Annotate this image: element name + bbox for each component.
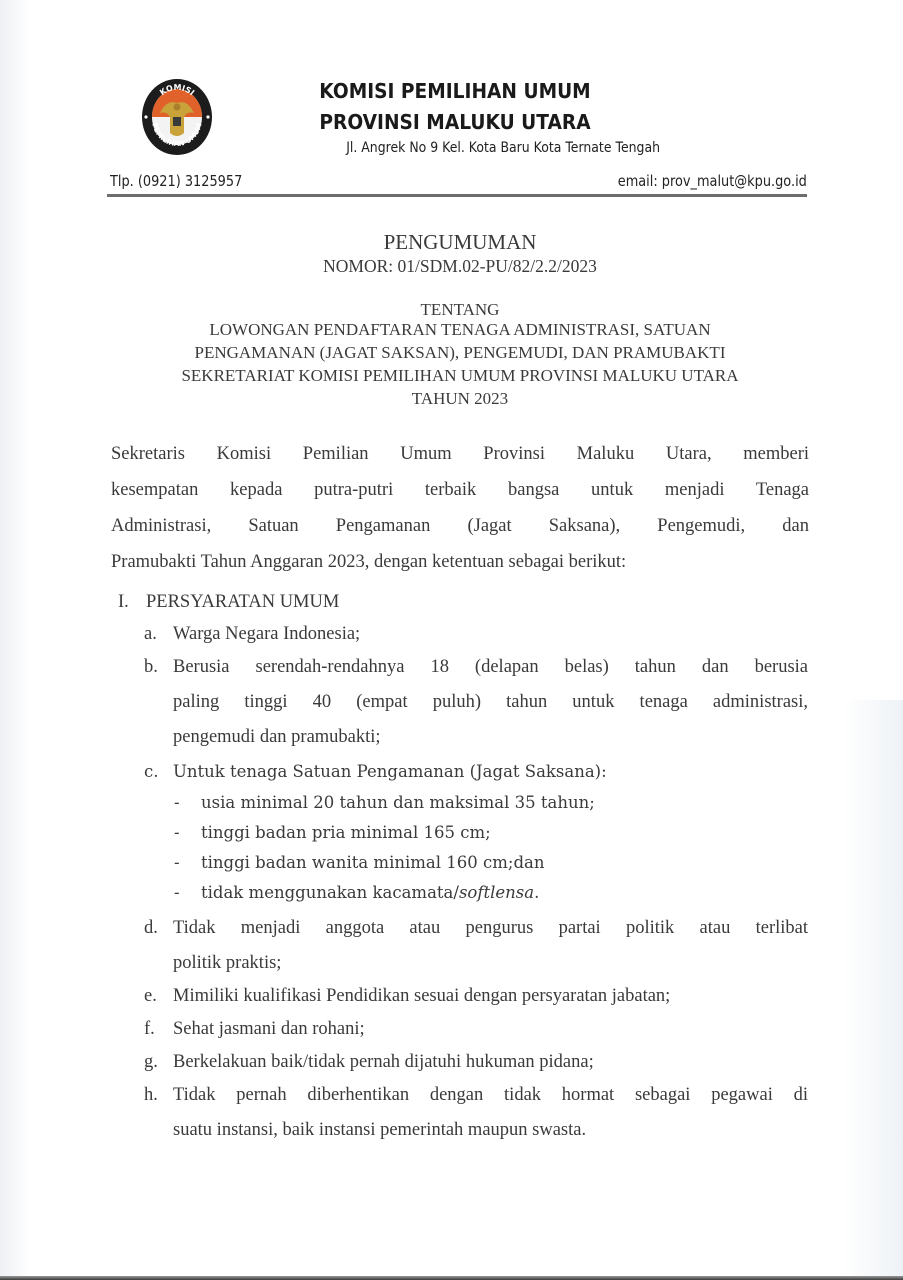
letterhead-divider: [107, 194, 807, 197]
item-label: e.: [144, 986, 168, 1007]
item-label: h.: [144, 1085, 168, 1106]
requirement-item-cont: suatu instansi, baik instansi pemerintah…: [173, 1120, 808, 1141]
requirement-item: Berusia serendah-rendahnya 18 (delapan b…: [173, 657, 808, 678]
sub-requirement-italic: softlensa: [459, 883, 534, 902]
document-subject-line: PENGAMANAN (JAGAT SAKSAN), PENGEMUDI, DA…: [100, 343, 820, 363]
document-number: NOMOR: 01/SDM.02-PU/82/2.2/2023: [100, 256, 820, 277]
org-address: Jl. Angrek No 9 Kel. Kota Baru Kota Tern…: [307, 140, 660, 156]
sub-item-bullet: -: [174, 853, 180, 872]
org-province: PROVINSI MALUKU UTARA: [264, 110, 645, 134]
document-subject-line: LOWONGAN PENDAFTARAN TENAGA ADMINISTRASI…: [100, 320, 820, 340]
sub-requirement: usia minimal 20 tahun dan maksimal 35 ta…: [201, 793, 595, 812]
document-subject-line: TAHUN 2023: [100, 389, 820, 409]
intro-line: Pramubakti Tahun Anggaran 2023, dengan k…: [111, 552, 809, 573]
item-label: c.: [144, 762, 168, 781]
sub-item-bullet: -: [174, 823, 180, 842]
section-number: I.: [118, 592, 146, 613]
section-title: PERSYARATAN UMUM: [146, 592, 339, 612]
requirement-item-cont: politik praktis;: [173, 953, 808, 974]
sub-requirement: tinggi badan pria minimal 165 cm;: [201, 823, 491, 842]
requirement-item: Berkelakuan baik/tidak pernah dijatuhi h…: [173, 1052, 808, 1073]
item-label: g.: [144, 1052, 168, 1073]
kpu-emblem-icon: KOMISI PEMILIHAN UMUM: [140, 77, 214, 157]
item-label: f.: [144, 1019, 168, 1040]
sub-item-bullet: -: [174, 883, 180, 902]
document-title: PENGUMUMAN: [100, 230, 820, 255]
page-shadow-right: [843, 700, 903, 1280]
requirement-item: Mimiliki kualifikasi Pendidikan sesuai d…: [173, 986, 808, 1007]
section-heading: I.PERSYARATAN UMUM: [118, 592, 339, 613]
org-email: email: prov_malut@kpu.go.id: [618, 172, 807, 190]
requirement-item-cont: pengemudi dan pramubakti;: [173, 727, 808, 748]
requirement-item: Untuk tenaga Satuan Pengamanan (Jagat Sa…: [173, 762, 607, 781]
sub-requirement: tinggi badan wanita minimal 160 cm;dan: [201, 853, 544, 872]
requirement-item-cont: paling tinggi 40 (empat puluh) tahun unt…: [173, 692, 808, 713]
item-label: a.: [144, 624, 168, 645]
item-label: b.: [144, 657, 168, 678]
document-subject-line: SEKRETARIAT KOMISI PEMILIHAN UMUM PROVIN…: [100, 366, 820, 386]
requirement-item: Sehat jasmani dan rohani;: [173, 1019, 808, 1040]
page-shadow-left: [0, 0, 30, 1280]
document-about-label: TENTANG: [100, 300, 820, 320]
page-bottom-edge: [0, 1276, 903, 1280]
requirement-item: Warga Negara Indonesia;: [173, 624, 808, 645]
sub-requirement: tidak menggunakan kacamata/softlensa.: [201, 883, 539, 902]
sub-item-bullet: -: [174, 793, 180, 812]
sub-requirement-text: tidak menggunakan kacamata/: [201, 883, 459, 902]
requirement-item: Tidak pernah diberhentikan dengan tidak …: [173, 1085, 808, 1106]
intro-line: Administrasi, Satuan Pengamanan (Jagat S…: [111, 516, 809, 537]
requirement-item: Tidak menjadi anggota atau pengurus part…: [173, 918, 808, 939]
intro-line: kesempatan kepada putra-putri terbaik ba…: [111, 480, 809, 501]
org-phone: Tlp. (0921) 3125957: [110, 172, 242, 190]
org-name: KOMISI PEMILIHAN UMUM: [264, 79, 645, 103]
item-label: d.: [144, 918, 168, 939]
intro-line: Sekretaris Komisi Pemilian Umum Provinsi…: [111, 444, 809, 465]
sub-requirement-suffix: .: [534, 883, 539, 902]
